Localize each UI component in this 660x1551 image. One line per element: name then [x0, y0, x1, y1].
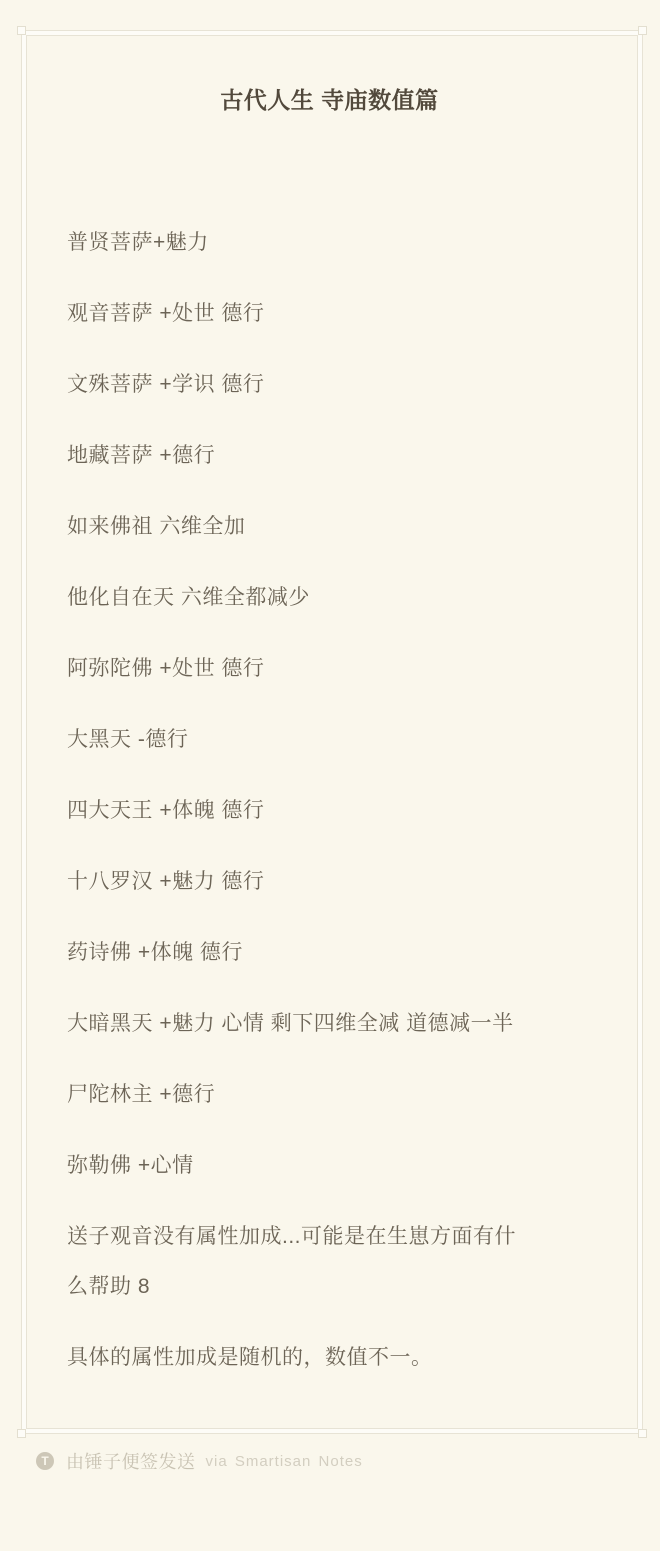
note-title: 古代人生 寺庙数值篇 — [67, 86, 592, 114]
note-entry: 如来佛祖 六维全加 — [67, 502, 592, 552]
note-entry: 文殊菩萨 +学识 德行 — [67, 360, 592, 410]
note-entry: 普贤菩萨+魅力 — [67, 218, 592, 268]
note-entry: 弥勒佛 +心情 — [67, 1141, 592, 1191]
note-entry: 药诗佛 +体魄 德行 — [67, 928, 592, 978]
note-entry: 十八罗汉 +魅力 德行 — [67, 857, 592, 907]
note-paper-frame: 古代人生 寺庙数值篇 普贤菩萨+魅力观音菩萨 +处世 德行文殊菩萨 +学识 德行… — [21, 30, 643, 1434]
note-entry: 阿弥陀佛 +处世 德行 — [67, 644, 592, 694]
sent-via-label-en: via Smartisan Notes — [206, 1453, 363, 1470]
note-body: 普贤菩萨+魅力观音菩萨 +处世 德行文殊菩萨 +学识 德行地藏菩萨 +德行如来佛… — [67, 218, 592, 1383]
note-entry: 大黑天 -德行 — [67, 715, 592, 765]
note-entry: 他化自在天 六维全都减少 — [67, 573, 592, 623]
note-entry: 四大天王 +体魄 德行 — [67, 786, 592, 836]
note-entry: 观音菩萨 +处世 德行 — [67, 289, 592, 339]
note-content: 古代人生 寺庙数值篇 普贤菩萨+魅力观音菩萨 +处世 德行文殊菩萨 +学识 德行… — [22, 31, 642, 1433]
note-entry: 地藏菩萨 +德行 — [67, 431, 592, 481]
note-entry: 大暗黑天 +魅力 心情 剩下四维全减 道德减一半 — [67, 999, 592, 1049]
note-entry: 尸陀林主 +德行 — [67, 1070, 592, 1120]
sent-via-label-zh: 由锤子便签发送 — [66, 1448, 196, 1474]
note-entry: 具体的属性加成是随机的，数值不一。 — [67, 1333, 592, 1383]
note-entry: 送子观音没有属性加成...可能是在生崽方面有什么帮助 8 — [67, 1212, 592, 1312]
share-footer: T 由锤子便签发送 via Smartisan Notes — [36, 1449, 363, 1473]
smartisan-logo-icon: T — [36, 1452, 54, 1470]
